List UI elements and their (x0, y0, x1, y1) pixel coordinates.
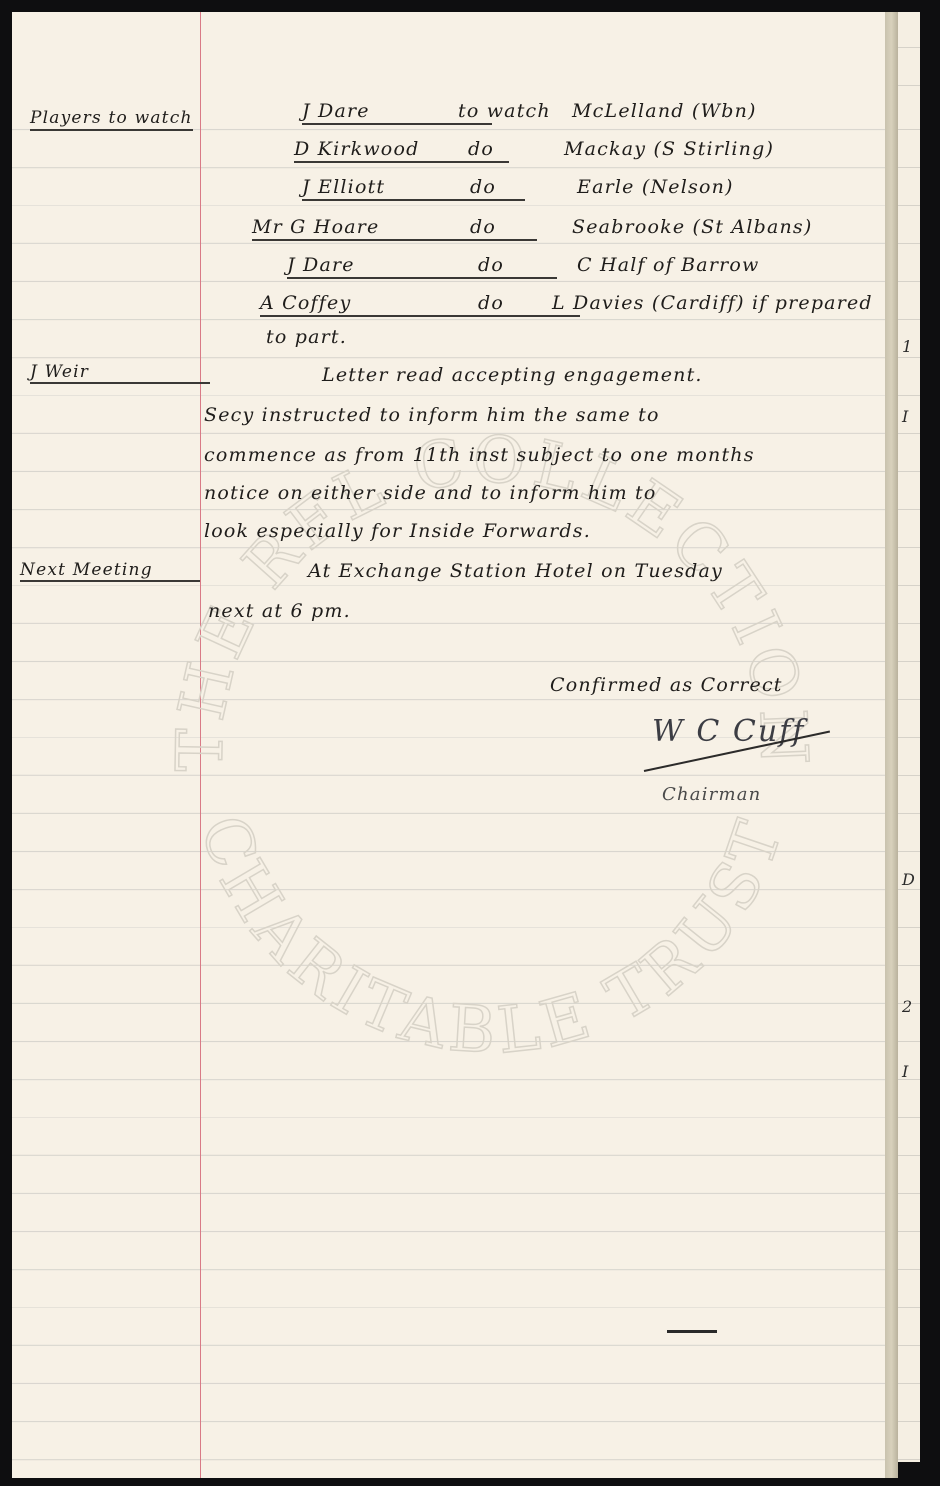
minute-line: look especially for Inside Forwards. (204, 520, 591, 542)
adjacent-page-fragment: I (902, 1062, 908, 1081)
player-name: C Half of Barrow (577, 254, 760, 276)
minute-book-page: THE RFL COLLECTION CHARITABLE TRUST Play… (12, 12, 885, 1478)
chairman-signature: W C Cuff (652, 714, 805, 749)
minute-line: commence as from 11th inst subject to on… (204, 444, 755, 466)
player-name: Seabrooke (St Albans) (572, 216, 813, 238)
adjacent-page-fragment: 2 (902, 997, 912, 1016)
minute-line: Secy instructed to inform him the same t… (204, 404, 660, 426)
minute-line: At Exchange Station Hotel on Tuesday (308, 560, 723, 582)
player-name: Earle (Nelson) (577, 176, 734, 198)
adjacent-page-edge: 1 I D 2 I (898, 12, 920, 1462)
watcher-name: A Coffey (260, 292, 580, 317)
player-name: L Davies (Cardiff) if prepared (552, 292, 873, 314)
book-gutter (885, 12, 898, 1478)
watcher-name: J Dare (287, 254, 557, 279)
watch-action: do (470, 216, 496, 238)
chairman-title: Chairman (662, 784, 761, 805)
minute-line: Letter read accepting engagement. (322, 364, 703, 386)
ink-mark (667, 1330, 717, 1333)
watch-action: do (468, 138, 494, 160)
section-heading-players-to-watch: Players to watch (30, 108, 193, 131)
minute-line: notice on either side and to inform him … (204, 482, 657, 504)
watch-action: do (470, 176, 496, 198)
continuation-text: to part. (266, 326, 347, 348)
margin-rule (200, 12, 201, 1478)
watch-action: do (478, 292, 504, 314)
adjacent-page-fragment: D (902, 870, 915, 889)
adjacent-page-fragment: 1 (902, 337, 912, 356)
svg-text:CHARITABLE TRUST: CHARITABLE TRUST (185, 806, 799, 1069)
watch-action: do (478, 254, 504, 276)
section-heading-j-weir: J Weir (30, 362, 210, 384)
minute-line: next at 6 pm. (208, 600, 351, 622)
section-heading-next-meeting: Next Meeting (20, 560, 200, 582)
watch-action: to watch (458, 100, 551, 122)
player-name: McLelland (Wbn) (572, 100, 757, 122)
adjacent-page-fragment: I (902, 407, 908, 426)
confirmation-text: Confirmed as Correct (550, 674, 783, 696)
player-name: Mackay (S Stirling) (564, 138, 774, 160)
